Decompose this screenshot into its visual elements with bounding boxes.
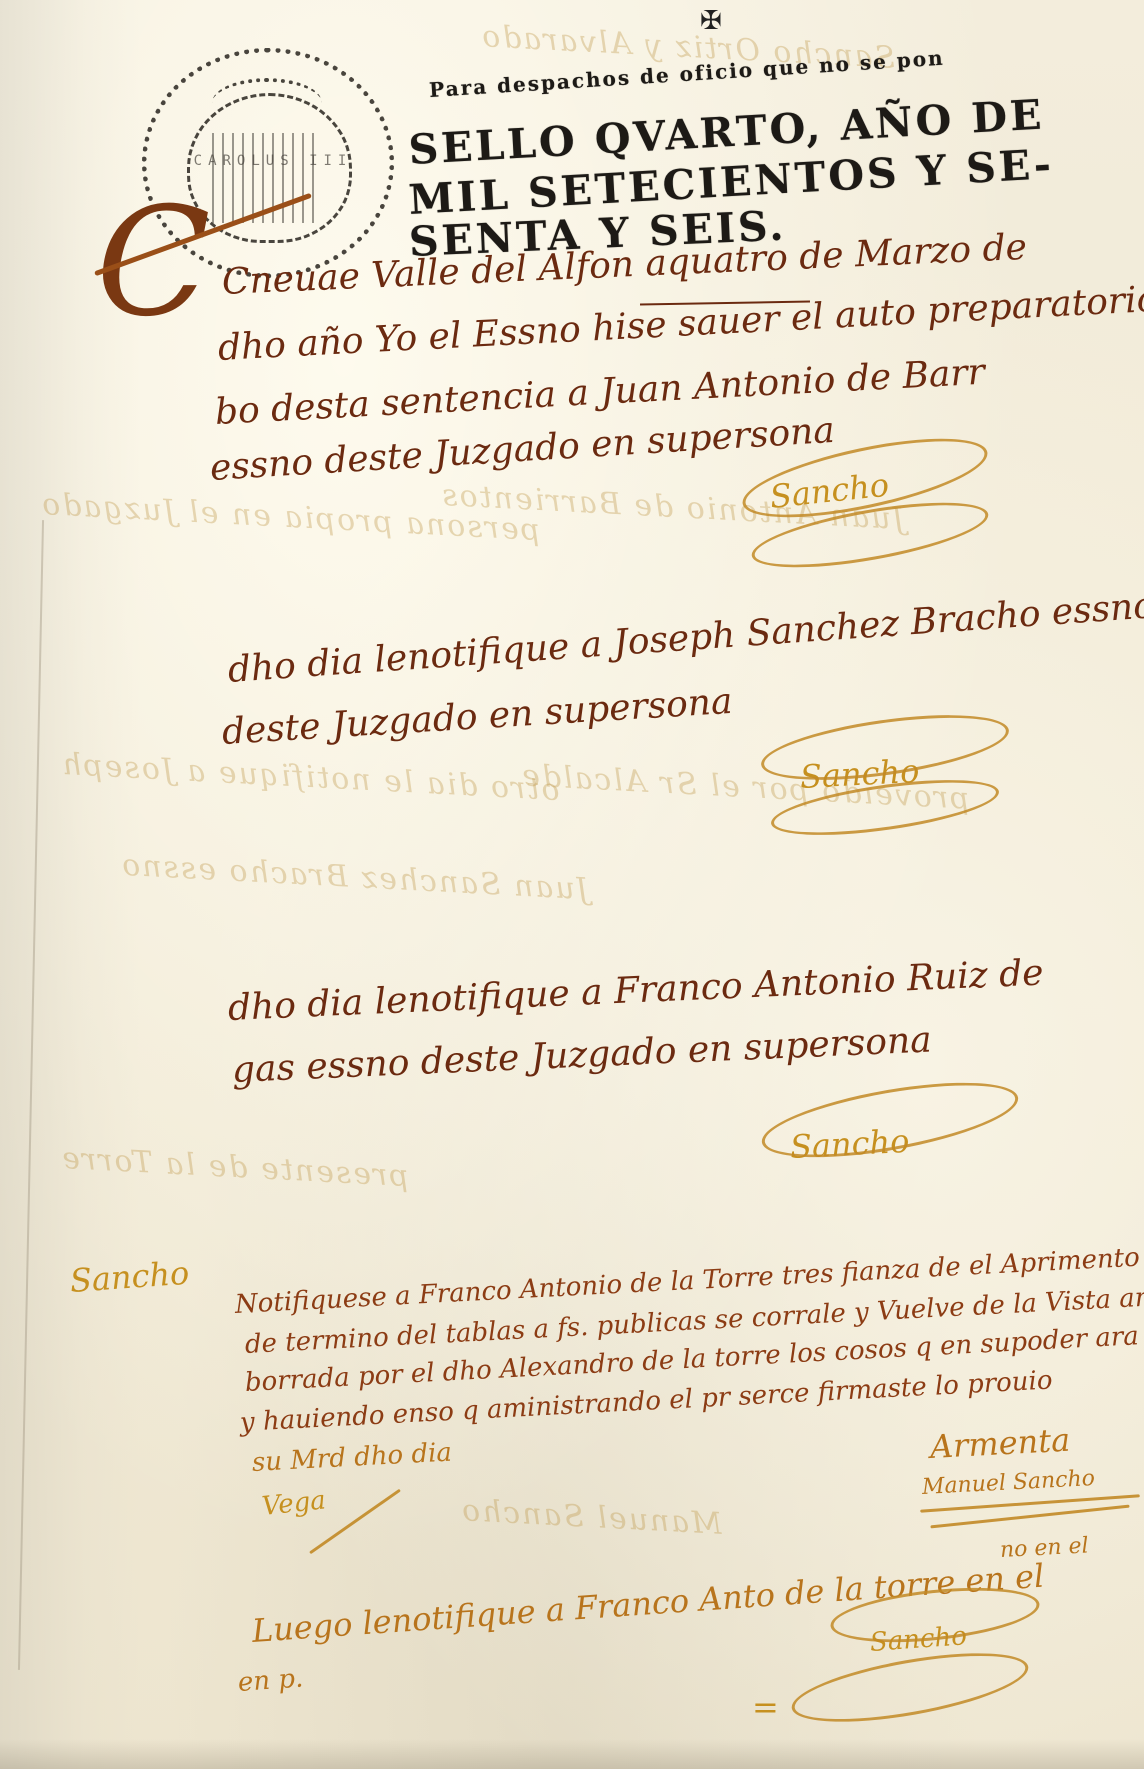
entry-5-line-2: en p. <box>237 1663 304 1697</box>
manuscript-page: Sancho Ortiz y Alvarado persona propia e… <box>0 0 1144 1769</box>
entry-1-line-3: bo desta sentencia a Juan Antonio de Bar… <box>214 352 986 433</box>
bleed-through-text: Manuel Sancho <box>459 1493 723 1542</box>
closing-mark: = <box>752 1688 779 1726</box>
entry-4-rubric-note: Vega <box>260 1485 327 1522</box>
bleed-through-text: Juan Sanchez Bracho essno <box>119 848 589 907</box>
entry-4-signature-1: Armenta <box>929 1421 1071 1466</box>
paper-bottom-edge <box>0 1739 1144 1769</box>
entry-4-margin-note: Sancho <box>69 1254 191 1300</box>
entry-4-line-5: su Mrd dho dia <box>251 1438 452 1478</box>
decorative-initial: C <box>96 188 211 338</box>
entry-4-signature-2: Manuel Sancho <box>921 1466 1095 1500</box>
entry-2-line-1: dho dia lenotifique a Joseph Sanchez Bra… <box>227 585 1144 691</box>
entry-2-line-2: deste Juzgado en supersona <box>221 681 734 753</box>
entry-3-line-2: gas essno deste Juzgado en supersona <box>231 1019 932 1091</box>
entry-3-line-1: dho dia lenotifique a Franco Antonio Rui… <box>227 952 1044 1029</box>
cross-icon: ✠ <box>700 6 722 36</box>
seal-legend: CAROLUS III <box>157 153 389 169</box>
